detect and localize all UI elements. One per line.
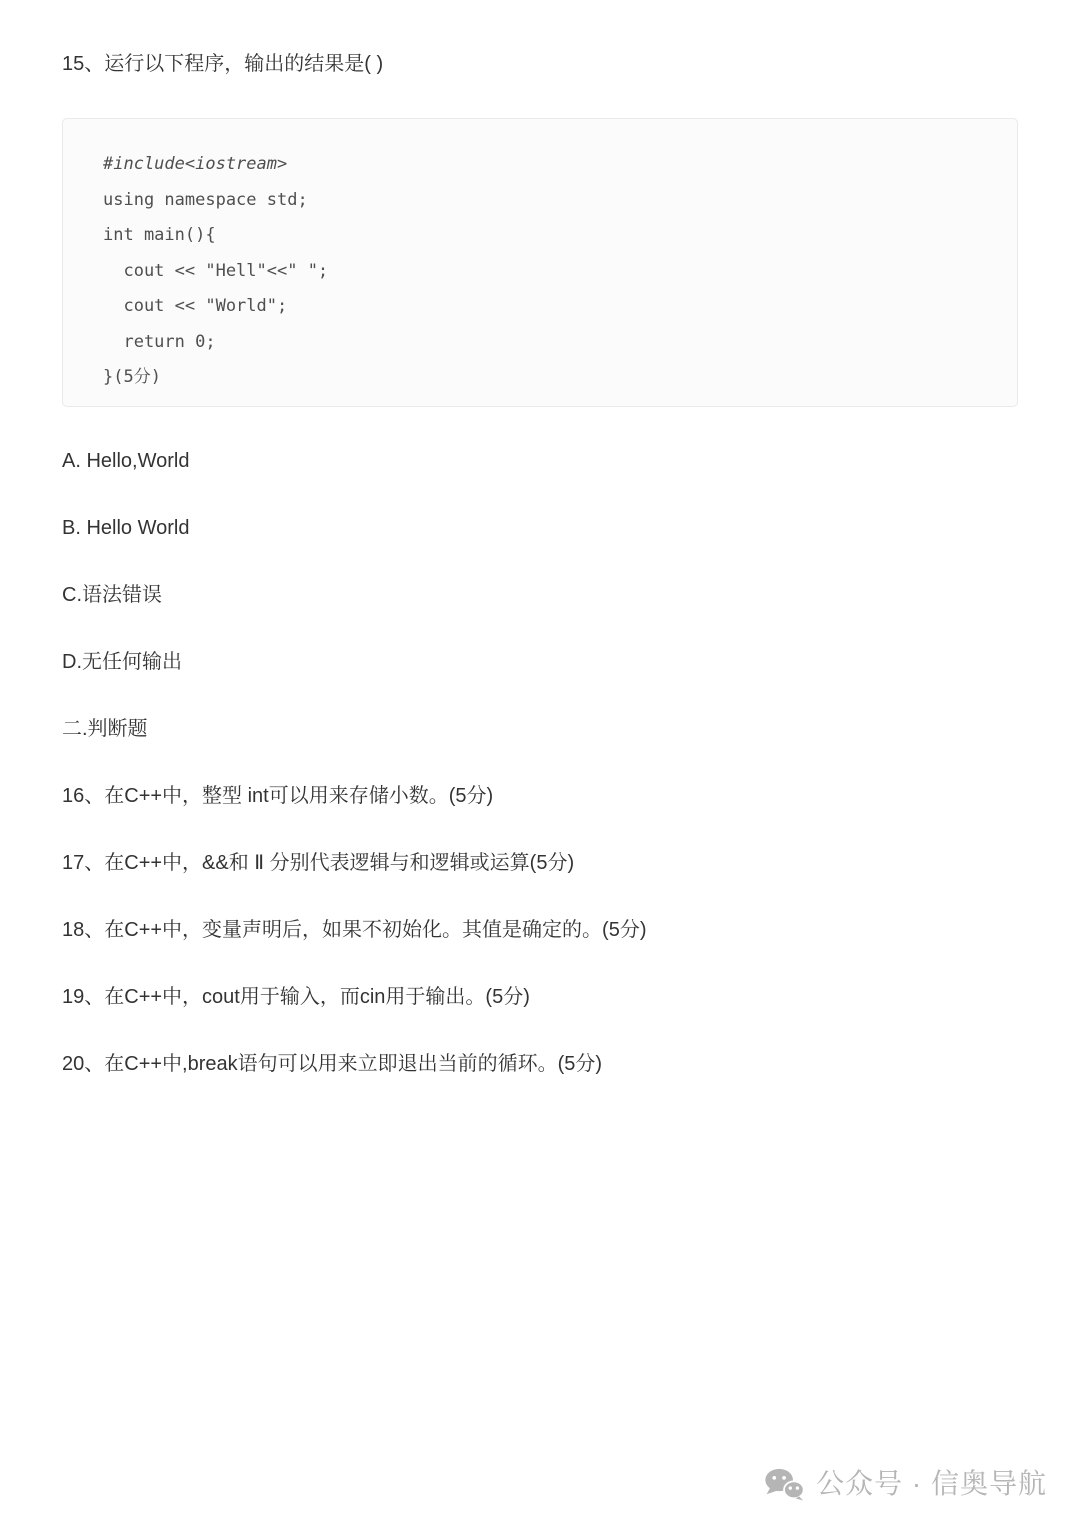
question-18: 18、在C++中，变量声明后，如果不初始化。其值是确定的。(5分) [62,916,1018,944]
watermark: 公众号 · 信奥导航 [764,1466,1047,1502]
code-line-cout-world: cout << "World"; [103,289,977,325]
option-b: B. Hello World [62,514,1018,542]
option-a: A. Hello,World [62,447,1018,475]
code-line-return: return 0; [103,325,977,361]
question-19: 19、在C++中，cout用于输入，而cin用于输出。(5分) [62,983,1018,1011]
code-line-using: using namespace std; [103,183,977,219]
question-16: 16、在C++中，整型 int可以用来存储小数。(5分) [62,782,1018,810]
watermark-text: 公众号 · 信奥导航 [816,1466,1047,1502]
code-line-close-brace: }(5分) [103,360,977,396]
option-c: C.语法错误 [62,581,1018,609]
code-line-include: #include<iostream> [103,147,977,183]
exam-page: 15、运行以下程序，输出的结果是( ) #include<iostream> u… [0,0,1080,1078]
wechat-icon [764,1468,805,1501]
code-line-main: int main(){ [103,218,977,254]
code-block: #include<iostream> using namespace std; … [62,118,1018,407]
code-line-cout-hell: cout << "Hell"<<" "; [103,254,977,290]
section-2-heading: 二.判断题 [62,715,1018,743]
question-15-title: 15、运行以下程序，输出的结果是( ) [62,0,1018,78]
option-d: D.无任何输出 [62,648,1018,676]
question-17: 17、在C++中，&&和 Ⅱ 分别代表逻辑与和逻辑或运算(5分) [62,849,1018,877]
question-20: 20、在C++中,break语句可以用来立即退出当前的循环。(5分) [62,1050,1018,1078]
